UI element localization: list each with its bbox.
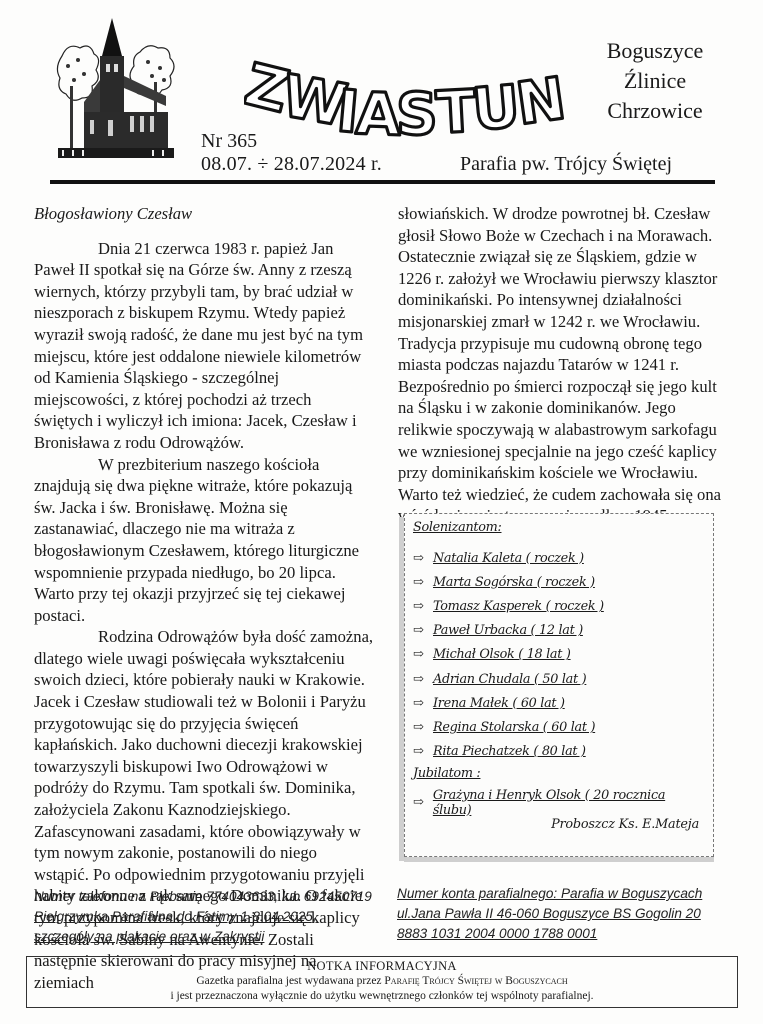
contact-notes: Numer telefonu na Plebanię 774043633, lu… [34, 887, 384, 947]
account-number: 8883 1031 2004 0000 1788 0001 [397, 924, 727, 944]
birthday-item: ⇨ Irena Małek ( 60 lat ) [413, 691, 705, 715]
village-name: Źlinice [580, 66, 730, 96]
arrow-right-icon: ⇨ [413, 623, 433, 638]
birthdays-heading: Solenizantom: [413, 520, 705, 535]
village-name: Chrzowice [580, 96, 730, 126]
issue-number: Nr 365 [201, 130, 257, 153]
birthday-item: ⇨ Rita Piechatzek ( 80 lat ) [413, 740, 705, 764]
arrow-right-icon: ⇨ [413, 599, 433, 614]
birthday-name: Regina Stolarska ( 60 lat ) [433, 720, 595, 735]
arrow-right-icon: ⇨ [413, 720, 433, 735]
arrow-right-icon: ⇨ [413, 551, 433, 566]
birthday-name: Rita Piechatzek ( 80 lat ) [433, 744, 586, 759]
pastor-signature: Proboszcz Ks. E.Mateja [413, 817, 705, 832]
article-left-column: Błogosławiony Czesław Dnia 21 czerwca 19… [34, 203, 374, 993]
birthday-item: ⇨ Adrian Chudala ( 50 lat ) [413, 667, 705, 691]
birthday-item: ⇨ Michał Olsok ( 18 lat ) [413, 643, 705, 667]
birthday-name: Marta Sogórska ( roczek ) [433, 575, 595, 590]
info-line-prefix: Gazetka parafialna jest wydawana przez [196, 975, 384, 987]
birthday-name: Natalia Kaleta ( roczek ) [433, 551, 584, 566]
info-notice-box: NOTKA INFORMACYJNA Gazetka parafialna je… [26, 956, 738, 1008]
birthday-name: Paweł Urbacka ( 12 lat ) [433, 623, 583, 638]
jubilee-item: ⇨ Grażyna i Henryk Olsok ( 20 rocznica ś… [413, 791, 705, 815]
arrow-right-icon: ⇨ [413, 672, 433, 687]
arrow-right-icon: ⇨ [413, 575, 433, 590]
village-name: Boguszyce [580, 36, 730, 66]
info-parish-name: Parafię Trójcy Świętej w Boguszycach [384, 975, 567, 987]
svg-text:S: S [396, 80, 438, 142]
issue-date-range: 08.07. ÷ 28.07.2024 r. [201, 153, 382, 176]
info-line: Gazetka parafialna jest wydawana przez P… [27, 974, 737, 989]
arrow-right-icon: ⇨ [413, 744, 433, 759]
birthday-item: ⇨ Paweł Urbacka ( 12 lat ) [413, 619, 705, 643]
birthday-name: Michał Olsok ( 18 lat ) [433, 647, 571, 662]
article-right-column: słowiańskich. W drodze powrotnej bł. Cze… [398, 203, 724, 549]
masthead-logo: Z W I A S T U N [244, 22, 574, 142]
header-divider [50, 180, 715, 184]
birthday-name: Adrian Chudala ( 50 lat ) [433, 672, 586, 687]
article-paragraph: W prezbiterium naszego kościoła znajdują… [34, 454, 374, 627]
svg-text:A: A [355, 79, 402, 142]
birthday-name: Tomasz Kasperek ( roczek ) [433, 599, 604, 614]
birthday-item: ⇨ Marta Sogórska ( roczek ) [413, 570, 705, 594]
article-paragraph: Dnia 21 czerwca 1983 r. papież Jan Paweł… [34, 238, 374, 454]
church-logo-icon [54, 16, 178, 164]
account-note: Numer konta parafialnego: Parafia w Bogu… [397, 884, 727, 904]
birthday-item: ⇨ Tomasz Kasperek ( roczek ) [413, 594, 705, 618]
celebrations-box: Solenizantom: ⇨ Natalia Kaleta ( roczek … [404, 513, 714, 857]
info-line-2: i jest przeznaczona wyłącznie do użytku … [27, 989, 737, 1004]
jubilees-heading: Jubilatom : [413, 766, 705, 781]
phone-note: Numer telefonu na Plebanię 774043633, lu… [34, 887, 384, 907]
arrow-right-icon: ⇨ [413, 696, 433, 711]
account-address: ul.Jana Pawła II 46-060 Boguszyce BS Gog… [397, 904, 727, 924]
svg-text:N: N [512, 64, 570, 138]
bank-account-notes: Numer konta parafialnego: Parafia w Bogu… [397, 884, 727, 944]
birthday-item: ⇨ Regina Stolarska ( 60 lat ) [413, 715, 705, 739]
article-paragraph: słowiańskich. W drodze powrotnej bł. Cze… [398, 203, 724, 527]
birthday-name: Irena Małek ( 60 lat ) [433, 696, 565, 711]
arrow-right-icon: ⇨ [413, 795, 433, 810]
article-title: Błogosławiony Czesław [34, 203, 374, 225]
pilgrimage-note-details: szczegóły na plakacie oraz w Zakrystii [34, 927, 384, 947]
birthday-item: ⇨ Natalia Kaleta ( roczek ) [413, 546, 705, 570]
jubilee-name: Grażyna i Henryk Olsok ( 20 rocznica ślu… [433, 788, 705, 818]
pilgrimage-note: Pielgrzymka Parafialna do Fatimy 1-8.04.… [34, 907, 384, 927]
newsletter-header: Z W I A S T U N Nr 365 08.07. ÷ 28.07.20… [0, 0, 763, 190]
village-list: Boguszyce Źlinice Chrzowice [580, 36, 730, 126]
info-title: NOTKA INFORMACYJNA [27, 959, 737, 974]
arrow-right-icon: ⇨ [413, 647, 433, 662]
parish-name: Parafia pw. Trójcy Świętej [460, 153, 672, 176]
